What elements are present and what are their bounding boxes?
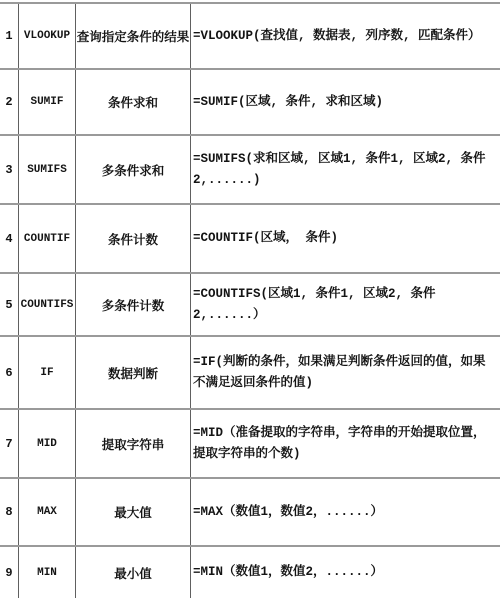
table-row: 1 VLOOKUP 查询指定条件的结果 =VLOOKUP(查找值, 数据表, 列… — [0, 2, 500, 68]
description-cell: 多条件计数 — [75, 274, 190, 335]
description-cell: 数据判断 — [75, 337, 190, 408]
formula-cell: =SUMIFS(求和区域, 区域1, 条件1, 区域2, 条件2,......) — [190, 136, 500, 203]
description-cell: 最大值 — [75, 479, 190, 545]
description-cell: 提取字符串 — [75, 410, 190, 477]
function-name-cell: MIN — [18, 547, 75, 598]
formula-cell: =MIN（数值1，数值2，......） — [190, 547, 500, 598]
function-name-cell: IF — [18, 337, 75, 408]
description-cell: 最小值 — [75, 547, 190, 598]
row-number-cell: 7 — [0, 410, 18, 477]
function-name-cell: SUMIF — [18, 70, 75, 134]
table-row: 2 SUMIF 条件求和 =SUMIF(区域, 条件, 求和区域) — [0, 68, 500, 134]
table-row: 5 COUNTIFS 多条件计数 =COUNTIFS(区域1, 条件1, 区域2… — [0, 272, 500, 335]
function-name-cell: SUMIFS — [18, 136, 75, 203]
formula-cell: =COUNTIF(区域， 条件) — [190, 205, 500, 272]
table-row: 7 MID 提取字符串 =MID（准备提取的字符串，字符串的开始提取位置，提取字… — [0, 408, 500, 477]
function-name-cell: COUNTIF — [18, 205, 75, 272]
row-number-cell: 5 — [0, 274, 18, 335]
function-name-cell: MID — [18, 410, 75, 477]
formula-cell: =COUNTIFS(区域1, 条件1, 区域2, 条件2,......） — [190, 274, 500, 335]
formula-cell: =SUMIF(区域, 条件, 求和区域) — [190, 70, 500, 134]
description-cell: 条件求和 — [75, 70, 190, 134]
row-number-cell: 9 — [0, 547, 18, 598]
formula-cell: =IF(判断的条件，如果满足判断条件返回的值，如果不满足返回条件的值) — [190, 337, 500, 408]
table-row: 8 MAX 最大值 =MAX（数值1，数值2，......） — [0, 477, 500, 545]
row-number-cell: 4 — [0, 205, 18, 272]
table-row: 9 MIN 最小值 =MIN（数值1，数值2，......） — [0, 545, 500, 598]
function-name-cell: VLOOKUP — [18, 4, 75, 68]
excel-functions-table: 1 VLOOKUP 查询指定条件的结果 =VLOOKUP(查找值, 数据表, 列… — [0, 2, 500, 598]
function-name-cell: COUNTIFS — [18, 274, 75, 335]
row-number-cell: 3 — [0, 136, 18, 203]
table-row: 3 SUMIFS 多条件求和 =SUMIFS(求和区域, 区域1, 条件1, 区… — [0, 134, 500, 203]
formula-cell: =MID（准备提取的字符串，字符串的开始提取位置，提取字符串的个数) — [190, 410, 500, 477]
description-cell: 条件计数 — [75, 205, 190, 272]
row-number-cell: 2 — [0, 70, 18, 134]
description-cell: 查询指定条件的结果 — [75, 4, 190, 68]
table-row: 4 COUNTIF 条件计数 =COUNTIF(区域， 条件) — [0, 203, 500, 272]
formula-cell: =VLOOKUP(查找值, 数据表, 列序数, 匹配条件） — [190, 4, 500, 68]
table-row: 6 IF 数据判断 =IF(判断的条件，如果满足判断条件返回的值，如果不满足返回… — [0, 335, 500, 408]
formula-cell: =MAX（数值1，数值2，......） — [190, 479, 500, 545]
function-name-cell: MAX — [18, 479, 75, 545]
row-number-cell: 6 — [0, 337, 18, 408]
row-number-cell: 8 — [0, 479, 18, 545]
description-cell: 多条件求和 — [75, 136, 190, 203]
row-number-cell: 1 — [0, 4, 18, 68]
